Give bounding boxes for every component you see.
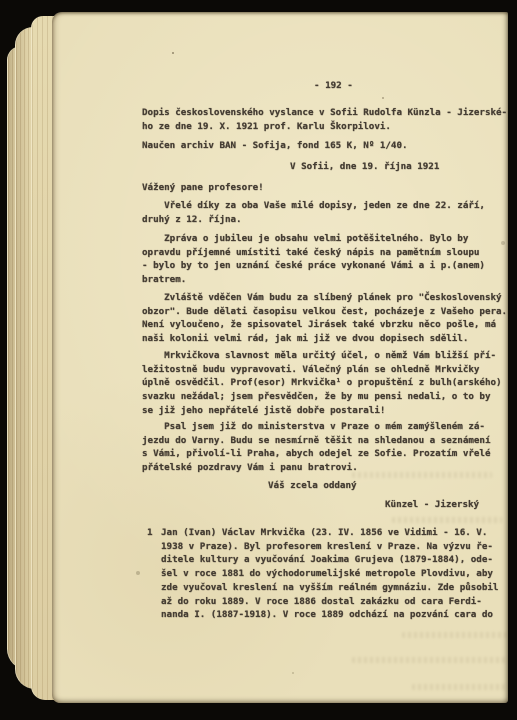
letter-heading: Dopis československého vyslance v Sofii … bbox=[142, 106, 507, 133]
scan-background: - 192 - Dopis československého vyslance … bbox=[0, 0, 517, 720]
archive-reference: Naučen archiv BAN - Sofija, fond 165 K, … bbox=[142, 139, 408, 153]
bleed-through-smudge bbox=[352, 657, 508, 663]
letter-paragraph-mrkvicka: Mrkvičkova slavnost měla určitý účel, o … bbox=[142, 349, 502, 418]
letter-dateline: V Sofii, dne 19. října 1921 bbox=[290, 160, 439, 174]
bleed-through-smudge bbox=[392, 517, 502, 523]
letter-closing: Váš zcela oddaný bbox=[268, 479, 357, 493]
page-number: - 192 - bbox=[314, 79, 353, 93]
letter-signature: Künzel - Jizerský bbox=[385, 498, 479, 512]
bleed-through-smudge bbox=[402, 632, 508, 638]
book-page-edges bbox=[0, 0, 60, 720]
footnote-marker: 1 bbox=[147, 526, 153, 540]
letter-paragraph-jubilee: Zpráva o jubileu je obsahu velmi potěšit… bbox=[142, 232, 485, 287]
dust-specks bbox=[172, 52, 174, 54]
letter-paragraph-obzor: Zvláště vděčen Vám budu za slíbený pláne… bbox=[142, 291, 507, 346]
footnote-text: Jan (Ivan) Václav Mrkvička (23. IV. 1856… bbox=[161, 526, 498, 622]
letter-salutation: Vážený pane profesore! bbox=[142, 181, 264, 195]
letter-paragraph-varna: Psal jsem již do ministerstva v Praze o … bbox=[142, 420, 490, 475]
bleed-through-smudge bbox=[412, 684, 508, 690]
scanned-page: - 192 - Dopis československého vyslance … bbox=[52, 12, 508, 703]
letter-paragraph-thanks: Vřelé díky za oba Vaše milé dopisy, jede… bbox=[142, 199, 485, 226]
